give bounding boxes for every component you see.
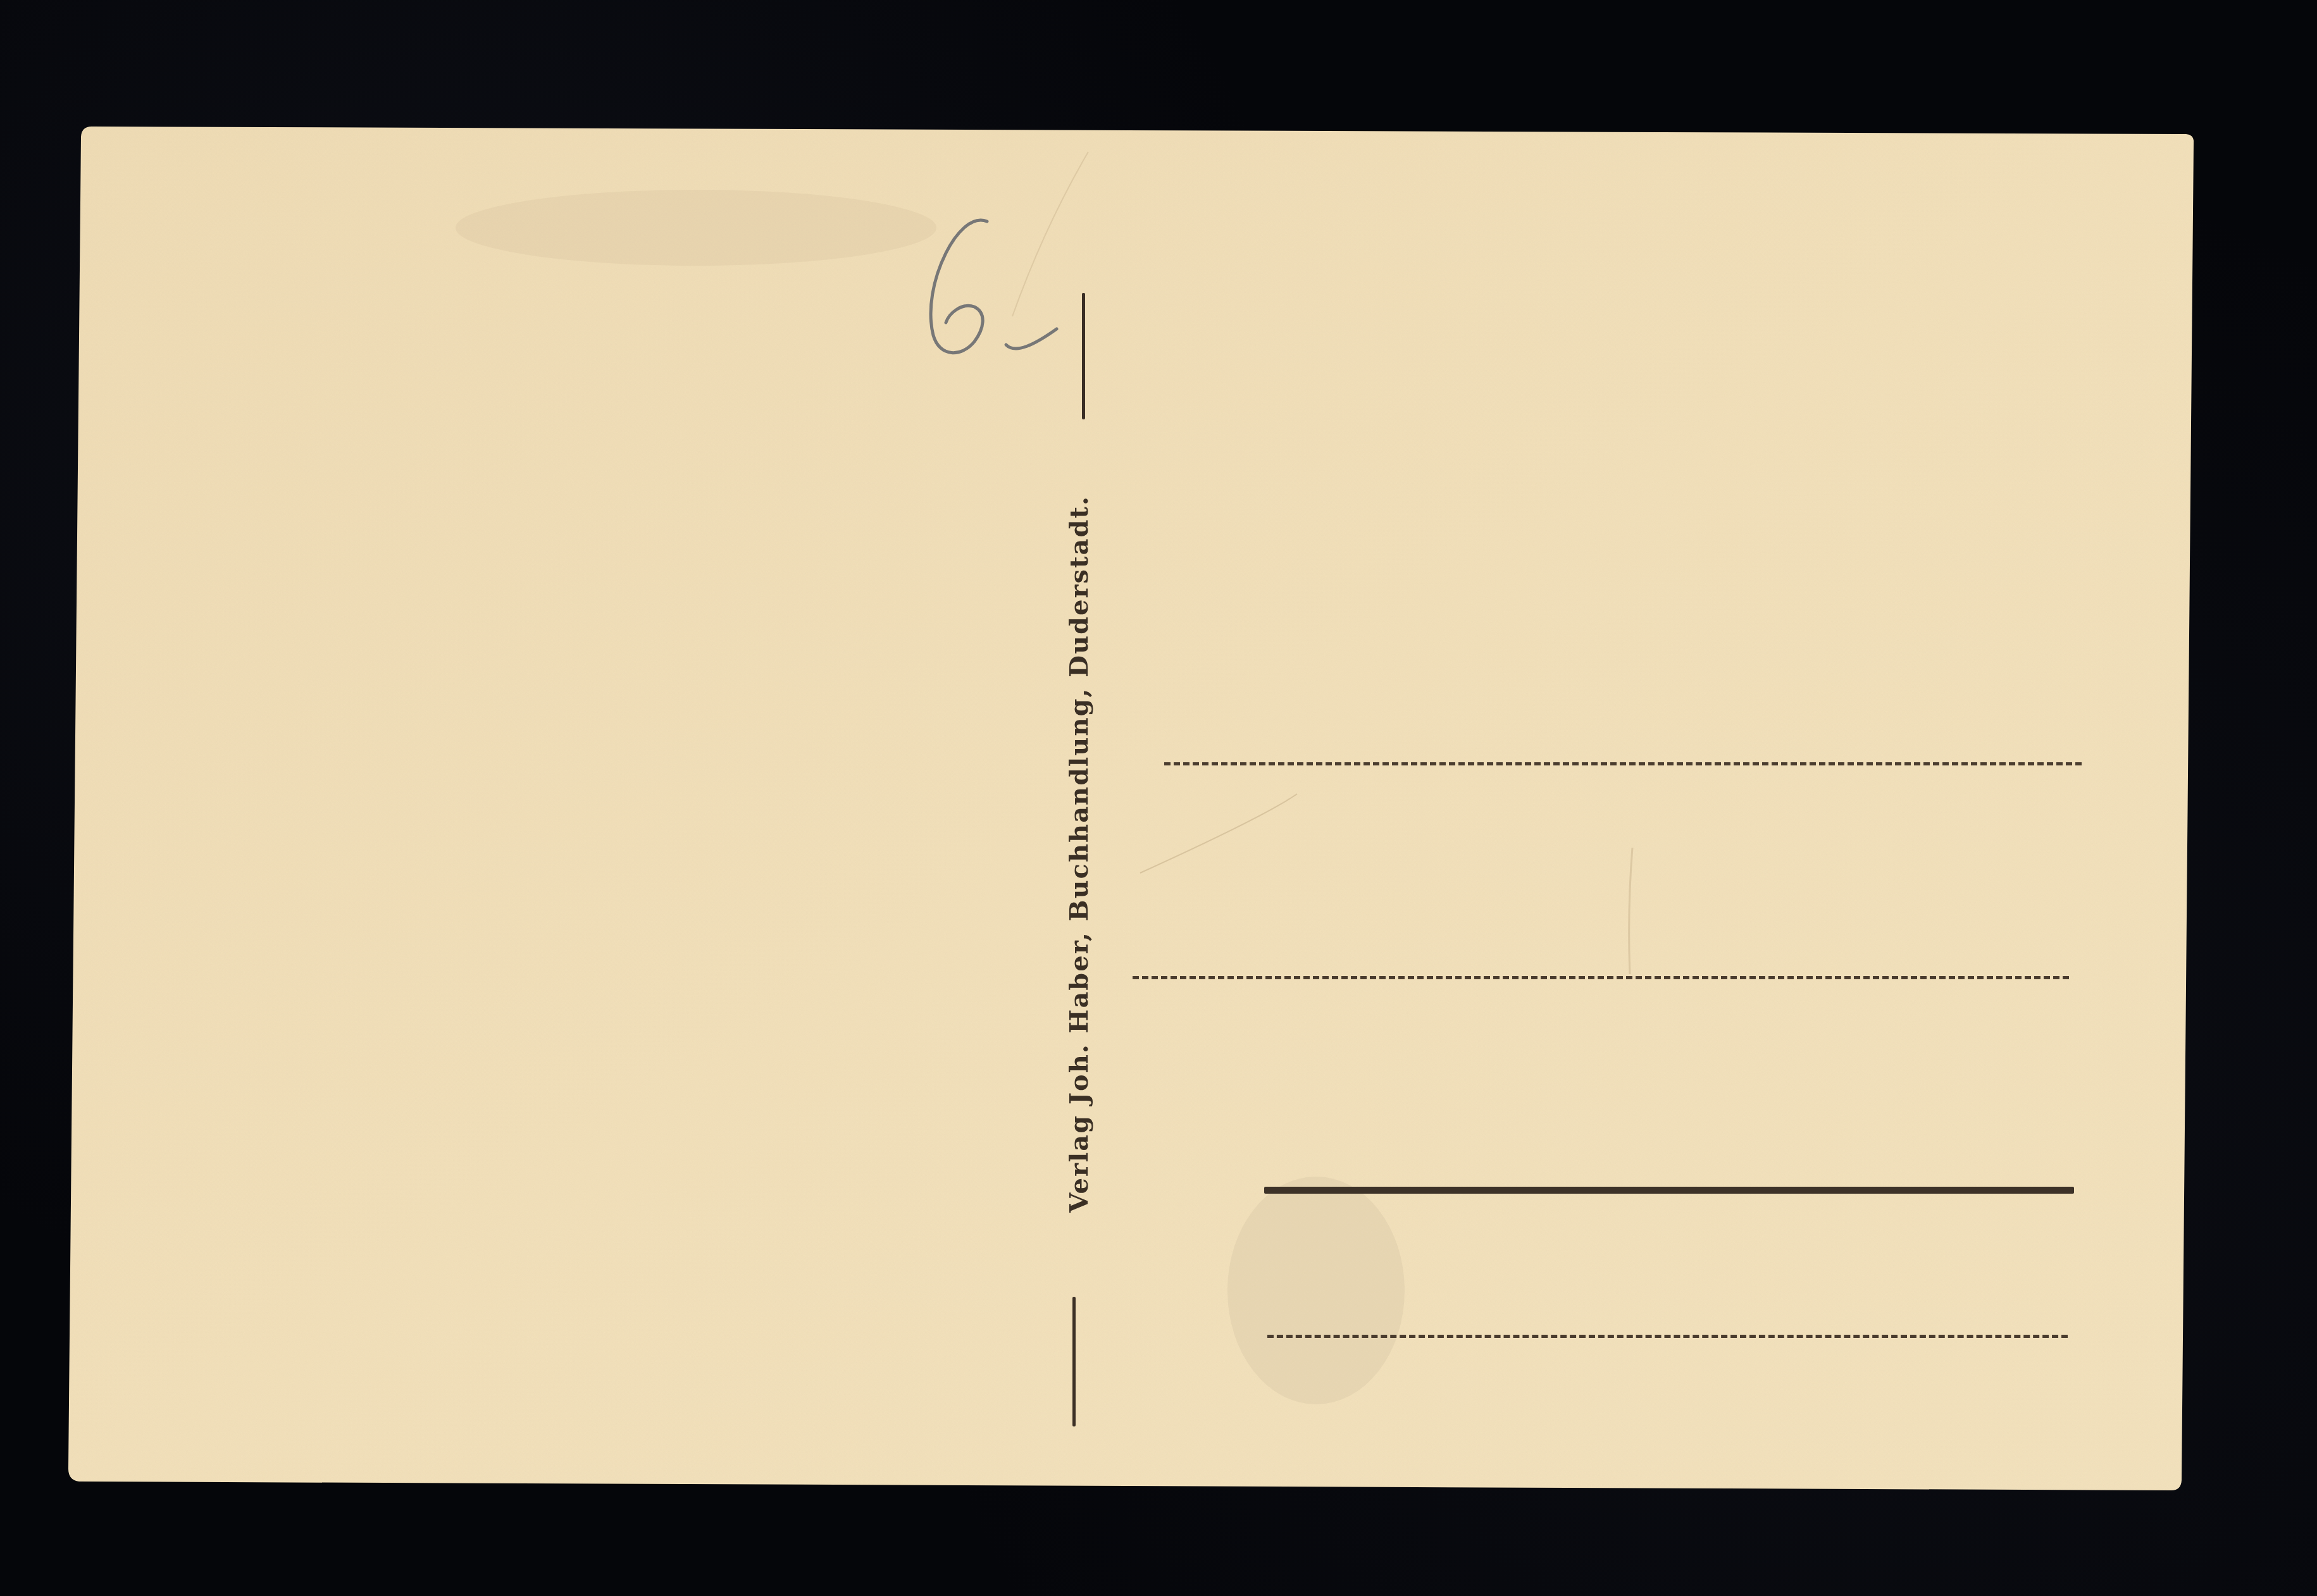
pencil-annotation-text: 6 bbox=[911, 209, 916, 211]
scan-background: 6 Verlag Joh. Haber, Buchhandlung, Duder… bbox=[0, 0, 2317, 1596]
address-line-1 bbox=[1164, 762, 2082, 765]
publisher-imprint: Verlag Joh. Haber, Buchhandlung, Duderst… bbox=[1064, 495, 1094, 1213]
divider-line-bottom bbox=[1072, 1297, 1076, 1426]
divider-line-top bbox=[1082, 293, 1085, 419]
pencil-number-annotation: 6 bbox=[911, 209, 1063, 373]
address-line-3 bbox=[1264, 1187, 2074, 1194]
address-line-2 bbox=[1133, 976, 2069, 979]
address-line-4 bbox=[1267, 1335, 2068, 1338]
postcard-paper bbox=[0, 0, 2317, 1596]
postcard-back: 6 Verlag Joh. Haber, Buchhandlung, Duder… bbox=[0, 0, 2317, 1596]
